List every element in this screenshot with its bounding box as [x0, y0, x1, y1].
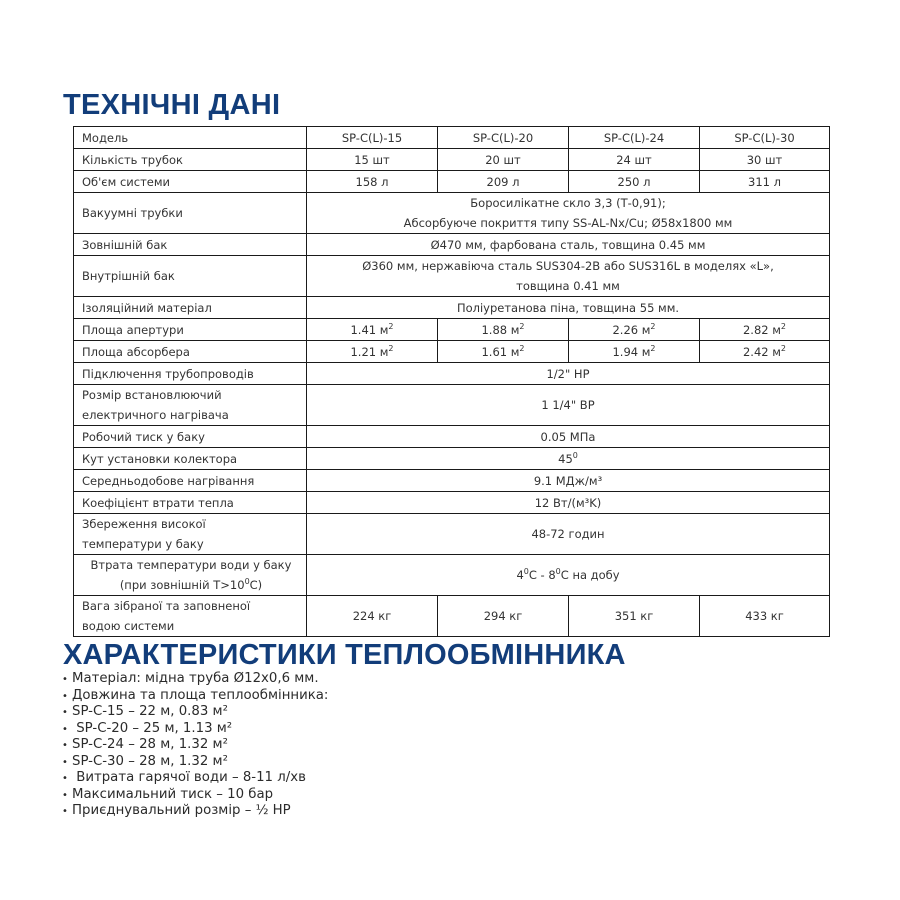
row-value-merged: 12 Вт/(м³K) [307, 492, 830, 514]
row-value: 224 кг [307, 596, 438, 637]
row-value: 2.82 м2 [700, 319, 830, 341]
row-value-merged: Поліуретанова піна, товщина 55 мм. [307, 297, 830, 319]
table-row: Втрата температури води у баку(при зовні… [74, 555, 830, 596]
row-value-merged: 1/2" НР [307, 363, 830, 385]
row-value: 1.41 м2 [307, 319, 438, 341]
superscript: 2 [650, 344, 655, 353]
table-row: Коефіцієнт втрати тепла12 Вт/(м³K) [74, 492, 830, 514]
row-label: Робочий тиск у баку [74, 426, 307, 448]
bullet-icon: • [62, 705, 72, 721]
table-header-row: Модель SP-C(L)-15 SP-C(L)-20 SP-C(L)-24 … [74, 127, 830, 149]
row-value: 1.88 м2 [438, 319, 569, 341]
table-row: Площа апертури1.41 м21.88 м22.26 м22.82 … [74, 319, 830, 341]
row-label: Об'єм системи [74, 171, 307, 193]
row-label: Коефіцієнт втрати тепла [74, 492, 307, 514]
row-label: Розмір встановлюючийелектричного нагріва… [74, 385, 307, 426]
superscript: 0 [524, 567, 529, 576]
bullet-icon: • [62, 722, 72, 738]
row-label: Кількість трубок [74, 149, 307, 171]
table-row: Площа абсорбера1.21 м21.61 м21.94 м22.42… [74, 341, 830, 363]
row-value: 351 кг [569, 596, 700, 637]
row-value: 15 шт [307, 149, 438, 171]
list-item: •Довжина та площа теплообмінника: [62, 688, 328, 705]
superscript: 2 [388, 322, 393, 331]
row-value-merged: 40C - 80C на добу [307, 555, 830, 596]
row-label: Площа абсорбера [74, 341, 307, 363]
table-row: Кількість трубок15 шт20 шт24 шт30 шт [74, 149, 830, 171]
superscript: 2 [388, 344, 393, 353]
row-value: 1.94 м2 [569, 341, 700, 363]
bullet-icon: • [62, 738, 72, 754]
list-item: •Матеріал: мідна труба Ø12x0,6 мм. [62, 671, 328, 688]
row-value: 2.42 м2 [700, 341, 830, 363]
page-title: ТЕХНІЧНІ ДАНІ [63, 88, 280, 122]
row-value: 2.26 м2 [569, 319, 700, 341]
bullet-icon: • [62, 755, 72, 771]
row-label: Вакуумні трубки [74, 193, 307, 234]
bullet-icon: • [62, 788, 72, 804]
list-item: •Максимальний тиск – 10 бар [62, 787, 328, 804]
superscript: 2 [781, 322, 786, 331]
superscript: 2 [519, 322, 524, 331]
table-row: Внутрішній бакØ360 мм, нержавіюча сталь … [74, 256, 830, 297]
row-value: 209 л [438, 171, 569, 193]
row-value: 158 л [307, 171, 438, 193]
row-label: Середньодобове нагрівання [74, 470, 307, 492]
row-label: Підключення трубопроводів [74, 363, 307, 385]
row-value-merged: 9.1 МДж/м³ [307, 470, 830, 492]
row-label: Вага зібраної та заповненоїводою системи [74, 596, 307, 637]
list-item: •SP-C-24 – 28 м, 1.32 м² [62, 737, 328, 754]
table-row: Середньодобове нагрівання9.1 МДж/м³ [74, 470, 830, 492]
row-value-merged: 1 1/4" ВР [307, 385, 830, 426]
row-value-merged: Ø470 мм, фарбована сталь, товщина 0.45 м… [307, 234, 830, 256]
row-value: 1.21 м2 [307, 341, 438, 363]
row-value-merged: Боросилікатне скло 3,3 (Т-0,91);Абсорбую… [307, 193, 830, 234]
list-item: •Приєднувальний розмір – ½ НР [62, 803, 328, 820]
table-row: Зовнішній бакØ470 мм, фарбована сталь, т… [74, 234, 830, 256]
bullet-icon: • [62, 689, 72, 705]
model-header: SP-C(L)-20 [438, 127, 569, 149]
superscript: 0 [573, 451, 578, 460]
row-value-merged: 48-72 годин [307, 514, 830, 555]
table-row: Об'єм системи158 л209 л250 л311 л [74, 171, 830, 193]
row-value-merged: 450 [307, 448, 830, 470]
table-row: Робочий тиск у баку0.05 МПа [74, 426, 830, 448]
row-label: Кут установки колектора [74, 448, 307, 470]
row-value: 1.61 м2 [438, 341, 569, 363]
superscript: 2 [650, 322, 655, 331]
list-item: • Витрата гарячої води – 8-11 л/хв [62, 770, 328, 787]
row-value: 294 кг [438, 596, 569, 637]
bullet-icon: • [62, 672, 72, 688]
row-value: 20 шт [438, 149, 569, 171]
list-item: • SP-C-20 – 25 м, 1.13 м² [62, 721, 328, 738]
model-header: SP-C(L)-30 [700, 127, 830, 149]
table-row: Підключення трубопроводів1/2" НР [74, 363, 830, 385]
bullet-icon: • [62, 771, 72, 787]
table-row: Вага зібраної та заповненоїводою системи… [74, 596, 830, 637]
row-label: Втрата температури води у баку(при зовні… [74, 555, 307, 596]
superscript: 0 [245, 577, 250, 586]
row-value-merged: 0.05 МПа [307, 426, 830, 448]
row-value: 311 л [700, 171, 830, 193]
row-label: Зовнішній бак [74, 234, 307, 256]
bullet-icon: • [62, 804, 72, 820]
row-label: Модель [74, 127, 307, 149]
table-row: Ізоляційний матеріалПоліуретанова піна, … [74, 297, 830, 319]
heat-exchanger-title: ХАРАКТЕРИСТИКИ ТЕПЛООБМІННИКА [63, 638, 626, 672]
table-row: Розмір встановлюючийелектричного нагріва… [74, 385, 830, 426]
spec-table: Модель SP-C(L)-15 SP-C(L)-20 SP-C(L)-24 … [73, 126, 830, 637]
model-header: SP-C(L)-15 [307, 127, 438, 149]
row-value: 433 кг [700, 596, 830, 637]
table-row: Кут установки колектора450 [74, 448, 830, 470]
row-value: 30 шт [700, 149, 830, 171]
row-label: Ізоляційний матеріал [74, 297, 307, 319]
table-row: Збереження високоїтемператури у баку48-7… [74, 514, 830, 555]
list-item: •SP-C-15 – 22 м, 0.83 м² [62, 704, 328, 721]
list-item: •SP-C-30 – 28 м, 1.32 м² [62, 754, 328, 771]
row-label: Збереження високоїтемператури у баку [74, 514, 307, 555]
model-header: SP-C(L)-24 [569, 127, 700, 149]
row-value-merged: Ø360 мм, нержавіюча сталь SUS304-2B або … [307, 256, 830, 297]
row-label: Площа апертури [74, 319, 307, 341]
row-label: Внутрішній бак [74, 256, 307, 297]
heat-exchanger-list: •Матеріал: мідна труба Ø12x0,6 мм.•Довжи… [62, 671, 328, 820]
row-value: 24 шт [569, 149, 700, 171]
superscript: 2 [519, 344, 524, 353]
table-row: Вакуумні трубкиБоросилікатне скло 3,3 (Т… [74, 193, 830, 234]
row-value: 250 л [569, 171, 700, 193]
superscript: 0 [556, 567, 561, 576]
superscript: 2 [781, 344, 786, 353]
